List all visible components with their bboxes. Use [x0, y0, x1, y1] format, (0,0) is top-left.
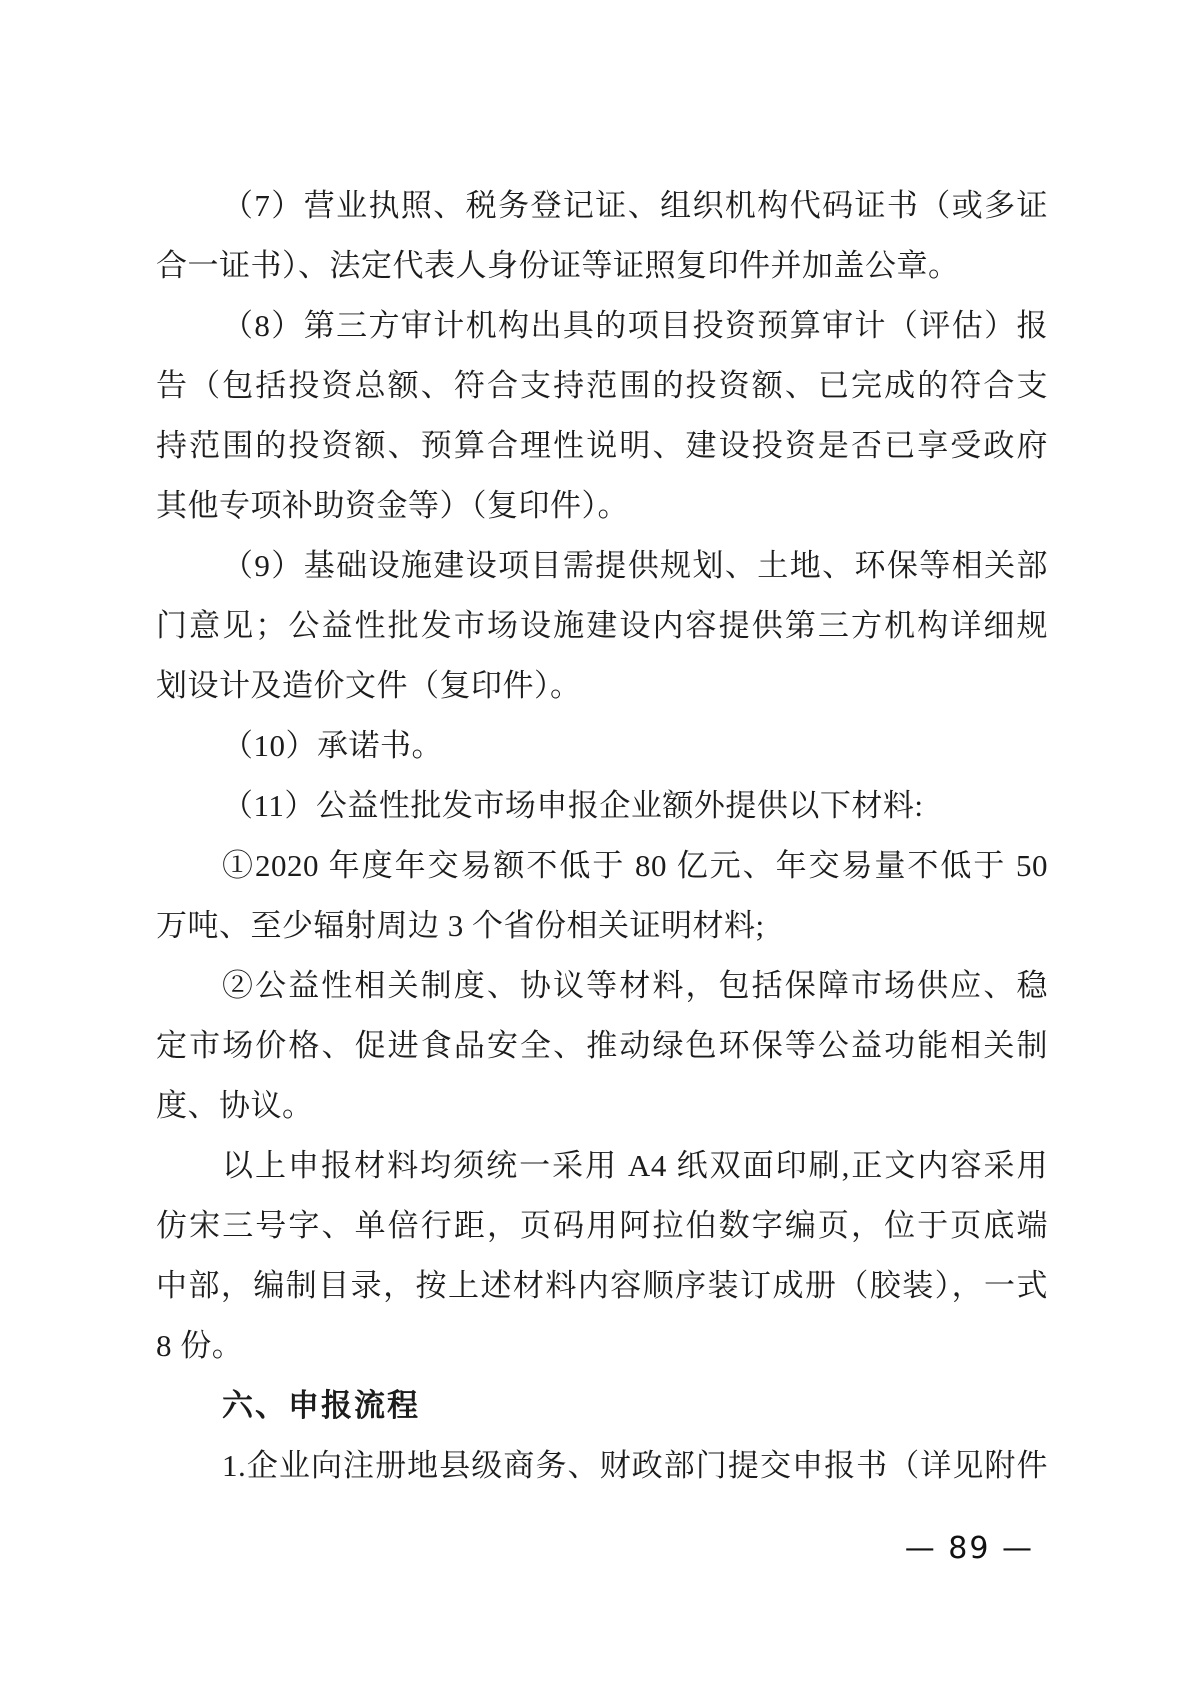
text-line: 度、协议。 [156, 1076, 1048, 1136]
text-line: ①2020 年度年交易额不低于 80 亿元、年交易量不低于 50 [156, 836, 1048, 896]
text-line: 持范围的投资额、预算合理性说明、建设投资是否已享受政府 [156, 416, 1048, 476]
text-line: 1.企业向注册地县级商务、财政部门提交申报书（详见附件 [156, 1436, 1048, 1496]
text-line: （10）承诺书。 [156, 716, 1048, 776]
document-body: （7）营业执照、税务登记证、组织机构代码证书（或多证合一证书）、法定代表人身份证… [156, 176, 1048, 1496]
text-line: 合一证书）、法定代表人身份证等证照复印件并加盖公章。 [156, 236, 1048, 296]
text-line: （9）基础设施建设项目需提供规划、土地、环保等相关部 [156, 536, 1048, 596]
page-number: — 89 — [905, 1528, 1034, 1570]
text-line: （7）营业执照、税务登记证、组织机构代码证书（或多证 [156, 176, 1048, 236]
text-line: （11）公益性批发市场申报企业额外提供以下材料: [156, 776, 1048, 836]
text-line: （8）第三方审计机构出具的项目投资预算审计（评估）报 [156, 296, 1048, 356]
text-line: 中部，编制目录，按上述材料内容顺序装订成册（胶装），一式 [156, 1256, 1048, 1316]
text-line: 8 份。 [156, 1316, 1048, 1376]
text-line: 万吨、至少辐射周边 3 个省份相关证明材料; [156, 896, 1048, 956]
text-line: 其他专项补助资金等）（复印件）。 [156, 476, 1048, 536]
text-line: 以上申报材料均须统一采用 A4 纸双面印刷,正文内容采用 [156, 1136, 1048, 1196]
document-page: （7）营业执照、税务登记证、组织机构代码证书（或多证合一证书）、法定代表人身份证… [0, 0, 1190, 1683]
text-line: 告（包括投资总额、符合支持范围的投资额、已完成的符合支 [156, 356, 1048, 416]
text-line: 仿宋三号字、单倍行距，页码用阿拉伯数字编页，位于页底端 [156, 1196, 1048, 1256]
text-line: 定市场价格、促进食品安全、推动绿色环保等公益功能相关制 [156, 1016, 1048, 1076]
text-line: 划设计及造价文件（复印件）。 [156, 656, 1048, 716]
text-line: 门意见；公益性批发市场设施建设内容提供第三方机构详细规 [156, 596, 1048, 656]
text-line: ②公益性相关制度、协议等材料，包括保障市场供应、稳 [156, 956, 1048, 1016]
section-heading: 六、申报流程 [156, 1376, 1048, 1436]
